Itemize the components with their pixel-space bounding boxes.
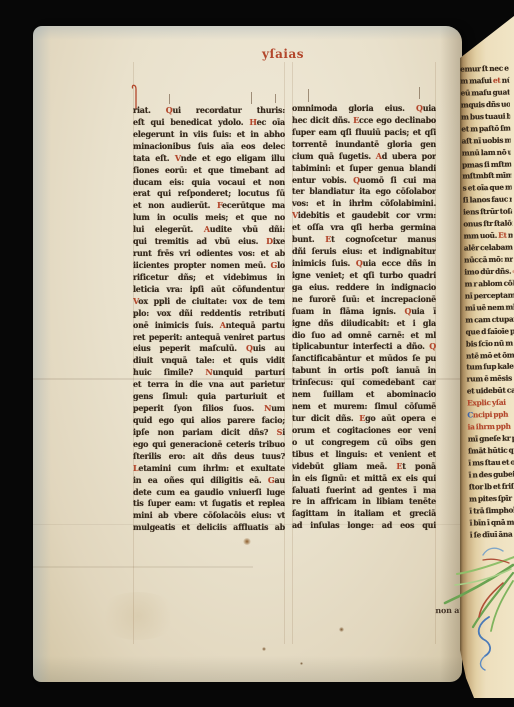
- text-line: rum ē mēsis: [467, 373, 514, 386]
- text-line: inimicis ſuis. Quia ecce dñs in: [292, 258, 436, 270]
- text-line: gens ſimul: quia parturiuit et: [133, 391, 285, 403]
- text-line: que d ſaīoīe p: [466, 325, 514, 338]
- text-line: igne dñs diiudicabit: et i gla: [292, 318, 436, 330]
- text-line: tibus et linguis: et venient et: [292, 449, 436, 461]
- text-line: pmas ſi mſtmō: [462, 158, 511, 171]
- text-line: mulgeatis et deliciis affluatis ab: [133, 522, 285, 534]
- text-line: Videbitis et gaudebit cor vrm:: [292, 210, 436, 222]
- text-line: ſaluati fuerint ad gentes ī ma: [292, 485, 436, 497]
- text-line: ego qui generacionē ceteris tribuo: [133, 439, 285, 451]
- text-line: ſtor lb et friſtia: [469, 480, 514, 493]
- running-title: yſaias: [258, 47, 308, 61]
- text-line: alēr celabam cr: [464, 242, 513, 255]
- text-line: mſtmbſt mīm: [462, 170, 511, 183]
- text-line: bis ſcīo nū m: [466, 337, 514, 350]
- text-line: ne furorē ſuū: et increpacionē: [292, 294, 436, 306]
- text-line: peperit ſyon filios ſuos. Num: [133, 403, 285, 415]
- text-line: ī ms ſtau et oſi: [468, 456, 514, 469]
- text-line: mm uoū. Et m: [464, 230, 513, 243]
- text-line: ſterilis ero: ait dñs deus tuus?: [133, 451, 285, 463]
- text-line: ſuam in flāma ignis. Quia ī: [292, 306, 436, 318]
- text-line: ſanctificabāntur et mūdos ſe pu: [292, 353, 436, 365]
- text-line: in ea oñes qui diligitis eā. Gau: [133, 475, 285, 487]
- text-line: ſmāt hūtic q: [468, 444, 514, 457]
- text-line: Cncipi pph: [467, 409, 514, 422]
- text-line: et m paſtō ſm: [461, 122, 510, 135]
- text-line: Vox ppli de ciuitate: vox de tem: [133, 296, 285, 308]
- text-line: riat. Qui recordatur thuris:: [133, 105, 285, 117]
- text-line: torrentē inundantē gloria gen: [292, 139, 436, 151]
- text-line: onē inimicis ſuis. Antequā partu: [133, 320, 285, 332]
- text-line: erat qui reſponderet; locutus ſū: [133, 188, 285, 200]
- text-line: ſagittam in italiam et greciā: [292, 508, 436, 520]
- pen-flourish-decoration: [433, 543, 514, 673]
- text-line: ī n des gubeis: [469, 468, 514, 481]
- manuscript-photo: yſaias riat. Qui recordatur thuris:eſt q…: [0, 0, 514, 707]
- text-line: m r ablom cōl: [465, 277, 514, 290]
- text-line: in eis ſignū: et mittā ex eis qui: [292, 473, 436, 485]
- text-line: emur ſt nec e m: [460, 63, 509, 76]
- text-line: eū maſu guata: [461, 86, 510, 99]
- text-line: igne veniet; et qſi turbo quadri: [292, 270, 436, 282]
- text-line: ī trā ſimphoī: [469, 504, 514, 517]
- text-line: eius peperit maſculū. Quis au: [133, 343, 285, 355]
- text-line: tum ſup kalend: [466, 361, 514, 374]
- text-line: ſiones eorū: et que timebant ad: [133, 165, 285, 177]
- text-line: lui elegerūt. Audite vbū dñi:: [133, 224, 285, 236]
- text-line: dñi ſeruis eius: et indignabitur: [292, 246, 436, 258]
- text-line: et uidebūt cad: [467, 385, 514, 398]
- text-line: plo: vox dñi reddentis retributi: [133, 308, 285, 320]
- text-line: mini ab vbere cōſolacōis eius: vt: [133, 510, 285, 522]
- text-line: omnimoda gloria eius. Quia: [292, 103, 436, 115]
- text-line: leticia vra: ipſi aūt cōfundentur: [133, 284, 285, 296]
- next-page-text-fragments: emur ſt nec e mm maſui et nūeū maſu guat…: [460, 63, 514, 542]
- text-line: bunt. Et cognoſcetur manus: [292, 234, 436, 246]
- text-line: ducam eis: quia vocaui et non: [133, 177, 285, 189]
- text-line: nem et murem: ſimul cōſumē: [292, 401, 436, 413]
- text-line: orum et cogitaciones eor veni: [292, 425, 436, 437]
- text-line: mnū lam nō uel: [462, 146, 511, 159]
- text-line: aſt nī uobis mō: [462, 134, 511, 147]
- text-line: nī perceptam ſm: [465, 289, 514, 302]
- text-line: ī bīn ī qnā m: [470, 516, 514, 529]
- text-line: mī gneſe kr pu: [468, 433, 514, 446]
- text-line: m bus tuaui bñ: [461, 110, 510, 123]
- text-line: videbūt gliam meā. Et ponā: [292, 461, 436, 473]
- text-line: dete cum ea gaudio vniuerſi luge: [133, 487, 285, 499]
- text-line: tiplicabuntur interfecti a dño. Q: [292, 341, 436, 353]
- text-line: Explic yſai: [467, 397, 514, 410]
- text-line: quid ego qui alios parere facio;: [133, 415, 285, 427]
- text-line: cium quā ſugetis. Ad ubera por: [292, 151, 436, 163]
- text-line: ga eius. reddere in indignacio: [292, 282, 436, 294]
- text-line: nem ſuillam et abominacio: [292, 389, 436, 401]
- text-line: tata eſt. Vnde et ego eligam illu: [133, 153, 285, 165]
- text-line: ipſe non pariam dicit dñs? Si: [133, 427, 285, 439]
- text-line: ſuper eam qſi fluuiū pacis; et qſi: [292, 127, 436, 139]
- text-line: re in affricam in libiam tenēte: [292, 496, 436, 508]
- text-line: iicientes propter nomen meū. Glo: [133, 260, 285, 272]
- text-column-2: omnimoda gloria eius. Quiahec dicit dñs.…: [292, 103, 436, 534]
- text-line: tabunt in ortis poſt ianuā in: [292, 365, 436, 377]
- text-line: et non audierūt. Fecerūtque ma: [133, 200, 285, 212]
- text-line: trinſecus: qui comedebant car: [292, 377, 436, 389]
- text-line: ſi lanos fauc mā: [463, 194, 512, 207]
- text-line: diuit vnquā tale: et quis vidit: [133, 355, 285, 367]
- text-line: et terra in die vna aut parietur: [133, 379, 285, 391]
- text-line: tis ſuper eam: vt ſugatis et replea: [133, 498, 285, 510]
- text-line: qui tremitis ad vbū eius. Dixe: [133, 236, 285, 248]
- parchment-crease: [33, 566, 253, 568]
- text-line: ret peperit: antequā veniret partus: [133, 332, 285, 344]
- text-line: tabimini: et ſuper genua blandi: [292, 163, 436, 175]
- text-line: ī ſe dīuī āna: [470, 528, 514, 541]
- text-column-1: riat. Qui recordatur thuris:eſt qui bene…: [133, 105, 285, 536]
- text-line: dio ſuo ad omnē carnē: et ml: [292, 330, 436, 342]
- text-line: imo dūr dñs. q: [464, 265, 513, 278]
- text-line: entur vobis. Quomō ſi cui ma: [292, 175, 436, 187]
- text-line: m cam ctupart: [465, 313, 514, 326]
- text-line: o ut congregem cū oībs gen: [292, 437, 436, 449]
- text-line: ad inſulas longe: ad eos qui: [292, 520, 436, 532]
- text-line: rificetur dñs; et videbimus in: [133, 272, 285, 284]
- text-line: nūccā mō: nr al: [464, 253, 513, 266]
- text-line: minacionibus ſuis aīa eos delec: [133, 141, 285, 153]
- text-line: mquis dñs uobis: [461, 98, 510, 111]
- text-line: onus ſtr ſtalōr ſe: [463, 218, 512, 231]
- text-line: m pites ſpīr: [469, 492, 514, 505]
- text-line: eſt qui benedicat ydolo. Hec oīa: [133, 117, 285, 129]
- text-line: vos: et in ihrlm cōſolabimini.: [292, 198, 436, 210]
- text-line: lum in oculis meis; et que no: [133, 212, 285, 224]
- text-line: et oſſa vra qſi herba germina: [292, 222, 436, 234]
- text-line: ntē mō et ōm: [466, 349, 514, 362]
- text-line: m maſui et nū: [460, 74, 509, 87]
- text-line: iens ſtrūr toſa: [463, 206, 512, 219]
- text-line: s et oīa que m: [463, 182, 512, 195]
- text-line: mī uē nem mīe: [465, 301, 514, 314]
- text-line: ter blandiatur ita ego cōſolabor: [292, 186, 436, 198]
- text-line: hec dicit dñs. Ecce ego declinabo: [292, 115, 436, 127]
- text-line: ia ihrm pph: [468, 421, 514, 434]
- text-line: Letamini cum ihrlm: et exultate: [133, 463, 285, 475]
- text-line: huic ſimile? Nunquid parturi: [133, 367, 285, 379]
- text-line: elegerunt in viis ſuis: et in abho: [133, 129, 285, 141]
- text-line: runt frēs vri odientes vos: et ab: [133, 248, 285, 260]
- text-line: tur dicit dñs. Ego aūt opera e: [292, 413, 436, 425]
